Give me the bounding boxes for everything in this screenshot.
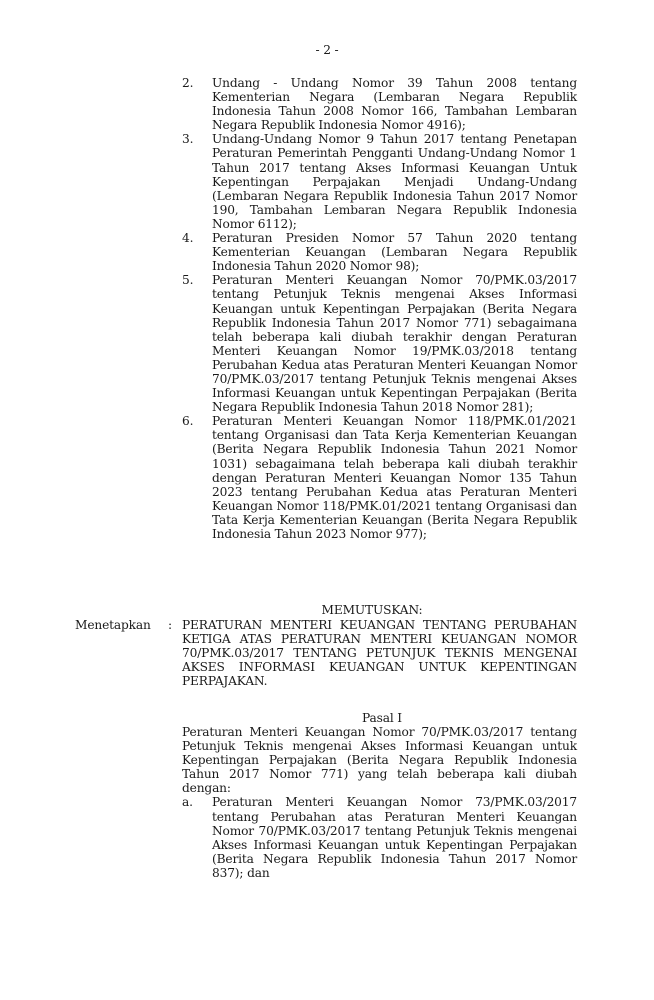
list-item: a. Peraturan Menteri Keuangan Nomor 73/P… bbox=[182, 795, 577, 880]
list-item: 3. Undang-Undang Nomor 9 Tahun 2017 tent… bbox=[182, 132, 577, 231]
list-item-text: Peraturan Menteri Keuangan Nomor 70/PMK.… bbox=[212, 273, 577, 414]
list-item-number: a. bbox=[182, 795, 212, 809]
list-item: 6. Peraturan Menteri Keuangan Nomor 118/… bbox=[182, 414, 577, 541]
document-page: - 2 - 2. Undang - Undang Nomor 39 Tahun … bbox=[0, 0, 654, 1000]
list-item: 5. Peraturan Menteri Keuangan Nomor 70/P… bbox=[182, 273, 577, 414]
decision-label: Menetapkan bbox=[75, 618, 168, 688]
page-number: - 2 - bbox=[0, 43, 654, 57]
decision-heading: MEMUTUSKAN: bbox=[182, 603, 577, 617]
decision-colon: : bbox=[168, 618, 182, 688]
decision-text: PERATURAN MENTERI KEUANGAN TENTANG PERUB… bbox=[182, 618, 577, 688]
decision-row: Menetapkan : PERATURAN MENTERI KEUANGAN … bbox=[75, 618, 577, 688]
article-intro: Peraturan Menteri Keuangan Nomor 70/PMK.… bbox=[182, 725, 577, 795]
list-item-text: Undang-Undang Nomor 9 Tahun 2017 tentang… bbox=[212, 132, 577, 231]
list-item-number: 5. bbox=[182, 273, 212, 287]
list-item-number: 3. bbox=[182, 132, 212, 146]
list-item-text: Undang - Undang Nomor 39 Tahun 2008 tent… bbox=[212, 76, 577, 132]
list-item: 4. Peraturan Presiden Nomor 57 Tahun 202… bbox=[182, 231, 577, 273]
list-item-number: 6. bbox=[182, 414, 212, 428]
list-item-number: 2. bbox=[182, 76, 212, 90]
article-amendments-list: a. Peraturan Menteri Keuangan Nomor 73/P… bbox=[182, 795, 577, 880]
considerations-list: 2. Undang - Undang Nomor 39 Tahun 2008 t… bbox=[182, 76, 577, 541]
article-body: Peraturan Menteri Keuangan Nomor 70/PMK.… bbox=[182, 725, 577, 880]
list-item-text: Peraturan Menteri Keuangan Nomor 118/PMK… bbox=[212, 414, 577, 541]
list-item: 2. Undang - Undang Nomor 39 Tahun 2008 t… bbox=[182, 76, 577, 132]
list-item-number: 4. bbox=[182, 231, 212, 245]
article-title: Pasal I bbox=[182, 711, 577, 725]
list-item-text: Peraturan Presiden Nomor 57 Tahun 2020 t… bbox=[212, 231, 577, 273]
list-item-text: Peraturan Menteri Keuangan Nomor 73/PMK.… bbox=[212, 795, 577, 880]
